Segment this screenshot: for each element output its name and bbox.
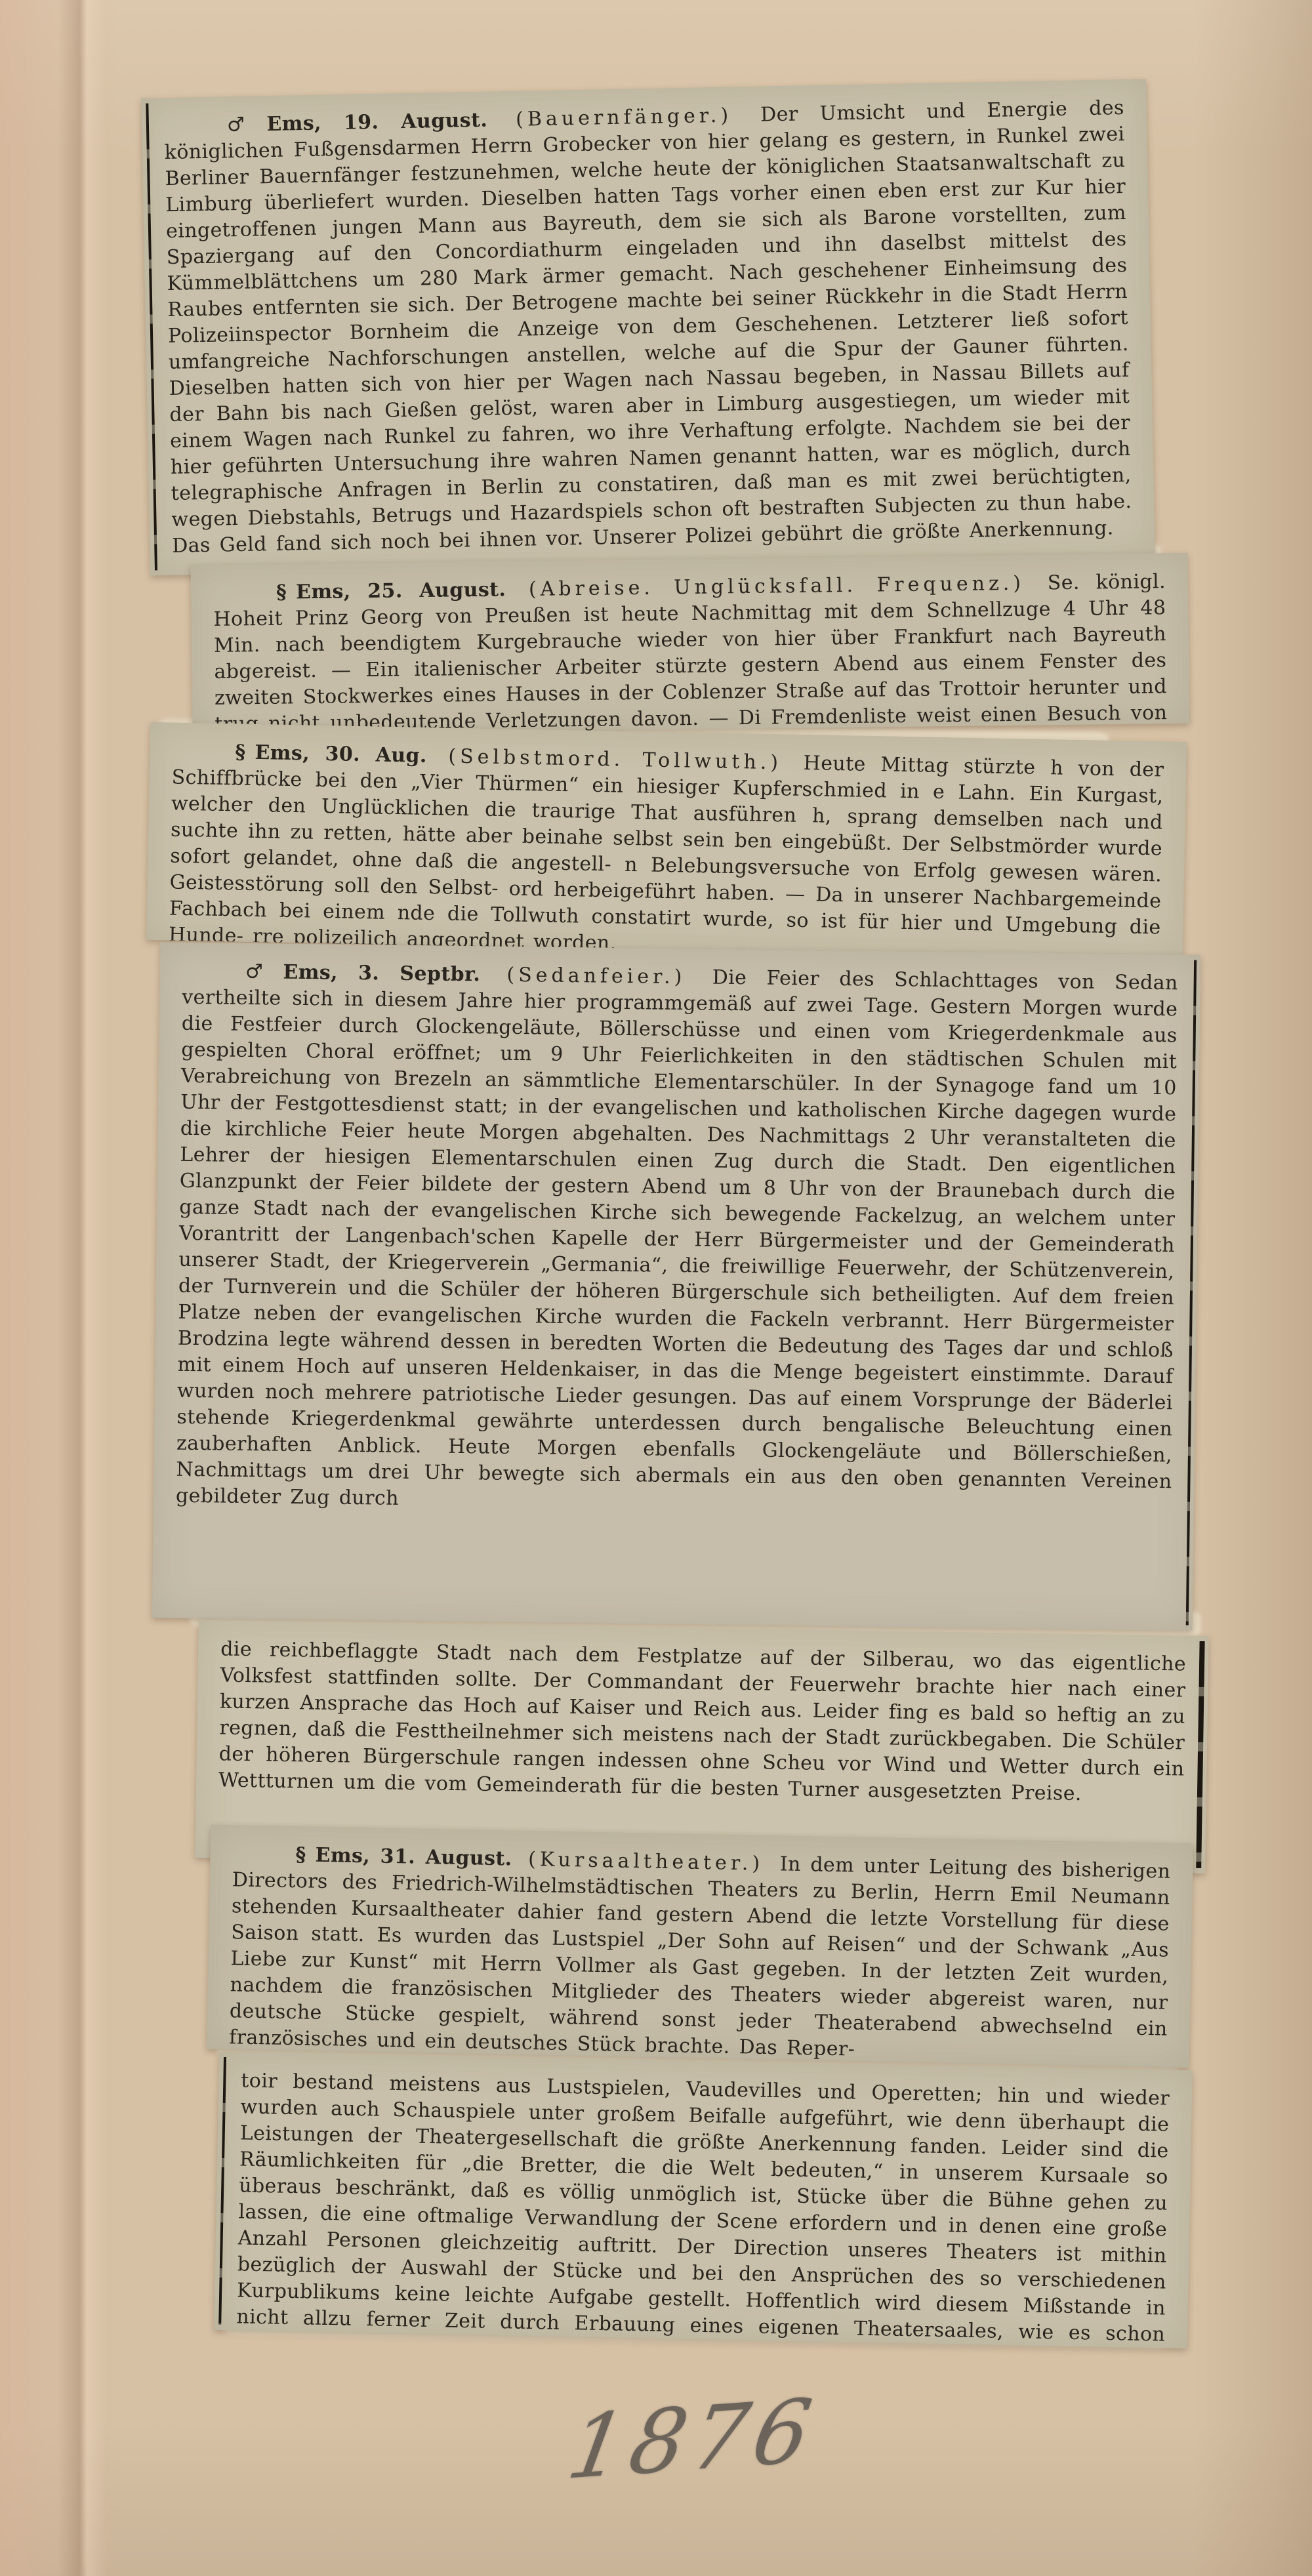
article-dateline: Ems, 3. Septbr. — [283, 961, 480, 987]
article-dateline: Ems, 25. August. — [296, 578, 506, 603]
article-body: die reichbeflaggte Stadt nach dem Festpl… — [218, 1637, 1187, 1805]
newspaper-clipping-kursaaltheater: §Ems, 31. August. (Kursaaltheater.) In d… — [207, 1825, 1193, 2068]
article-paragraph: §Ems, 25. August. (Abreise. Unglücksfall… — [213, 569, 1168, 735]
article-paragraph: toir bestand meistens aus Lustspielen, V… — [236, 2068, 1170, 2348]
article-paragraph: §Ems, 30. Aug. (Selbstmord. Tollwuth.) H… — [169, 739, 1164, 960]
column-rule-icon — [1196, 1641, 1204, 1868]
newspaper-clipping-kursaaltheater-continuation: toir bestand meistens aus Lustspielen, V… — [214, 2052, 1193, 2348]
article-headline: (Abreise. Unglücksfall. Frequenz.) — [522, 572, 1031, 601]
mars-symbol-icon: ♂ — [245, 960, 283, 984]
article-body: Der Umsicht und Energie des königlichen … — [164, 96, 1132, 558]
column-rule-icon — [1186, 960, 1197, 1625]
article-headline: (Selbstmord. Tollwuth.) — [441, 745, 789, 774]
page-crease — [58, 0, 106, 2576]
column-rule-icon — [146, 104, 157, 571]
mars-symbol-icon: ♂ — [227, 113, 267, 136]
article-paragraph: die reichbeflaggte Stadt nach dem Festpl… — [218, 1636, 1187, 1809]
article-body: In dem unter Leitung des bisherigen Dire… — [229, 1852, 1171, 2060]
scrapbook-page: { "page": { "handwritten_year": "1876" }… — [0, 0, 1312, 2576]
column-rule-icon — [218, 2057, 226, 2325]
newspaper-clipping-bauernfaenger: ♂Ems, 19. August. (Bauernfänger.) Der Um… — [141, 79, 1155, 575]
article-dateline: Ems, 19. August. — [266, 109, 487, 136]
article-body: toir bestand meistens aus Lustspielen, V… — [236, 2069, 1170, 2348]
article-body: Heute Mittag stürzte h von der Schiffbrü… — [169, 752, 1164, 955]
section-symbol-icon: § — [295, 1843, 316, 1867]
article-headline: (Bauernfänger.) — [509, 104, 739, 131]
newspaper-clipping-abreise: §Ems, 25. August. (Abreise. Unglücksfall… — [190, 553, 1189, 736]
article-dateline: Ems, 31. August. — [315, 1844, 512, 1871]
article-paragraph: §Ems, 31. August. (Kursaaltheater.) In d… — [229, 1841, 1171, 2068]
section-symbol-icon: § — [235, 741, 255, 764]
handwritten-year: 1876 — [561, 2380, 825, 2500]
article-dateline: Ems, 30. Aug. — [255, 741, 427, 767]
article-paragraph: ♂Ems, 19. August. (Bauernfänger.) Der Um… — [164, 95, 1133, 560]
article-headline: (Sedanfeier.) — [500, 964, 692, 989]
newspaper-clipping-sedanfeier: ♂Ems, 3. Septbr. (Sedanfeier.) Die Feier… — [152, 942, 1200, 1630]
article-paragraph: ♂Ems, 3. Septbr. (Sedanfeier.) Die Feier… — [176, 958, 1178, 1521]
newspaper-clipping-selbstmord: §Ems, 30. Aug. (Selbstmord. Tollwuth.) H… — [146, 722, 1187, 960]
article-body: Die Feier des Schlachttages von Sedan ve… — [176, 966, 1178, 1510]
section-symbol-icon: § — [276, 581, 297, 603]
article-headline: (Kursaaltheater.) — [522, 1848, 771, 1875]
